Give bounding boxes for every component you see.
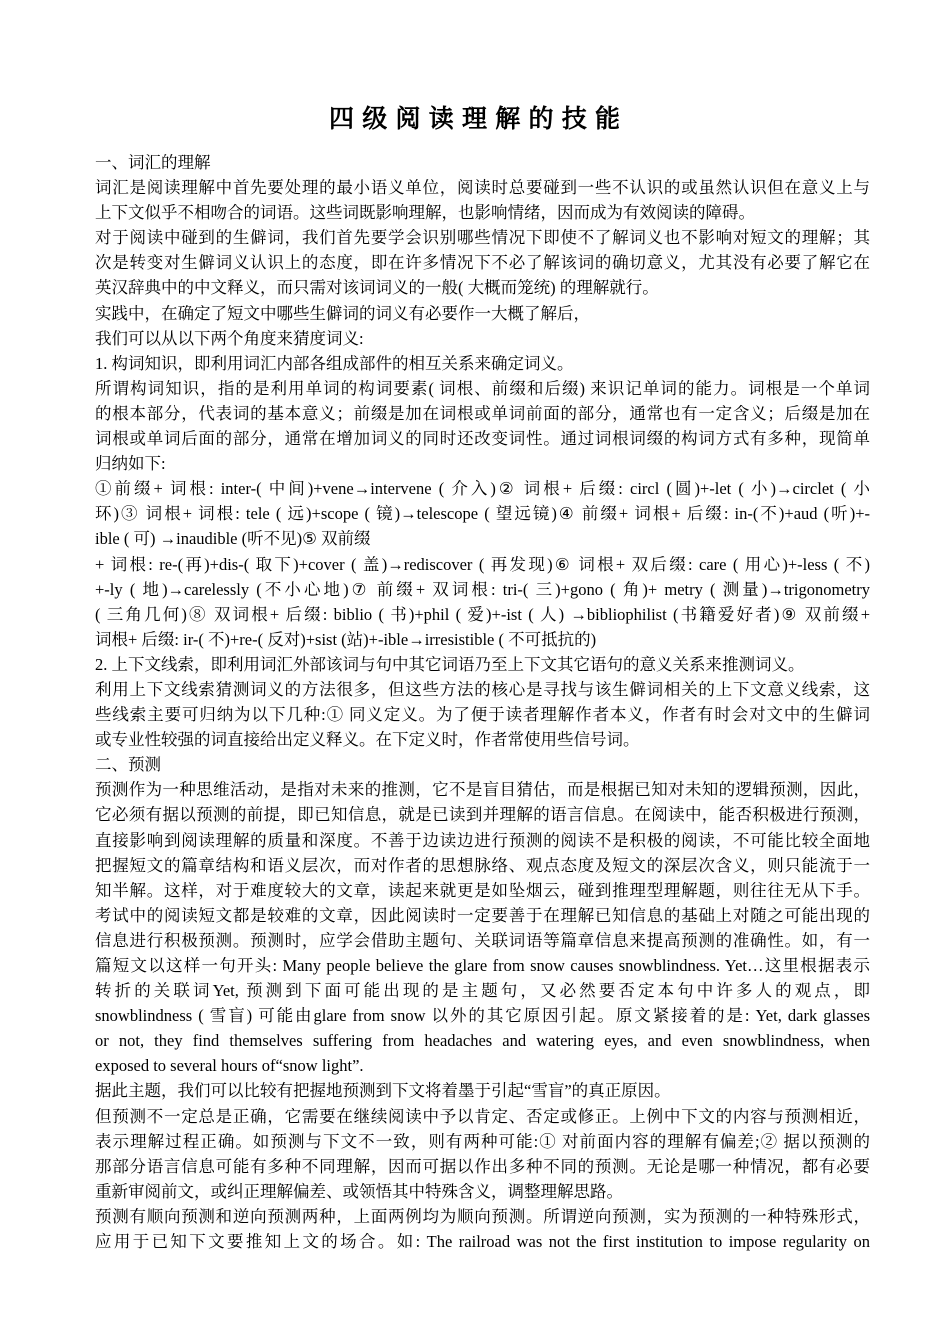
text-line: 二、预测 xyxy=(95,752,870,777)
text-line: 考试中的阅读短文都是较难的文章，因此阅读时一定要善于在理解已知信息的基础上对随之… xyxy=(95,903,870,928)
text-line: snowblindness ( 雪盲) 可能由glare from snow 以… xyxy=(95,1003,870,1028)
text-line: 所谓构词知识，指的是利用单词的构词要素( 词根、前缀和后缀) 来识记单词的能力。… xyxy=(95,376,870,401)
text-line: 词根+ 后缀: ir-( 不)+re-( 反对)+sist (站)+-ible→… xyxy=(95,627,870,652)
text-line: 上下文似乎不相吻合的词语。这些词既影响理解，也影响情绪，因而成为有效阅读的障碍。 xyxy=(95,200,870,225)
text-line: 转折的关联词Yet, 预测到下面可能出现的是主题句，又必然要否定本句中许多人的观… xyxy=(95,978,870,1003)
text-line: exposed to several hours of“snow light”. xyxy=(95,1053,870,1078)
text-line: 次是转变对生僻词义认识上的态度，即在许多情况下不必了解该词的确切意义，尤其没有必… xyxy=(95,250,870,275)
text-line: 信息进行积极预测。预测时，应学会借助主题句、关联词语等篇章信息来提高预测的准确性… xyxy=(95,928,870,953)
text-line: 实践中，在确定了短文中哪些生僻词的词义有必要作一大概了解后， xyxy=(95,301,870,326)
text-line: +-ly ( 地)→carelessly (不小心地)⑦ 前缀+ 双词根: tr… xyxy=(95,577,870,602)
document-title: 四 级 阅 读 理 解 的 技 能 xyxy=(0,103,950,137)
text-line: 归纳如下: xyxy=(95,451,870,476)
text-line: 重新审阅前文，或纠正理解偏差、或领悟其中特殊含义，调整理解思路。 xyxy=(95,1179,870,1204)
text-line: ①前缀+ 词根: inter-( 中间)+vene→intervene ( 介入… xyxy=(95,476,870,501)
text-line: 对于阅读中碰到的生僻词，我们首先要学会识别哪些情况下即使不了解词义也不影响对短文… xyxy=(95,225,870,250)
text-line: 预测有顺向预测和逆向预测两种，上面两例均为顺向预测。所谓逆向预测，实为预测的一种… xyxy=(95,1204,870,1229)
text-line: 但预测不一定总是正确，它需要在继续阅读中予以肯定、否定或修正。上例中下文的内容与… xyxy=(95,1104,870,1129)
text-line: 的根本部分，代表词的基本意义；前缀是加在词根或单词前面的部分，通常也有一定含义；… xyxy=(95,401,870,426)
text-line: 词根或单词后面的部分，通常在增加词义的同时还改变词性。通过词根词缀的构词方式有多… xyxy=(95,426,870,451)
text-line: 应用于已知下文要推知上文的场合。如: The railroad was not … xyxy=(95,1229,870,1254)
text-line: 表示理解过程正确。如预测与下文不一致，则有两种可能:① 对前面内容的理解有偏差;… xyxy=(95,1129,870,1154)
text-line: 知半解。这样，对于难度较大的文章，读起来就更是如坠烟云，碰到推理型理解题，则往往… xyxy=(95,878,870,903)
document-page: 四 级 阅 读 理 解 的 技 能 一、词汇的理解词汇是阅读理解中首先要处理的最… xyxy=(0,0,950,1344)
document-body: 一、词汇的理解词汇是阅读理解中首先要处理的最小语义单位，阅读时总要碰到一些不认识… xyxy=(95,150,870,1254)
text-line: 那部分语言信息可能有多种不同理解，因而可据以作出多种不同的预测。无论是哪一种情况… xyxy=(95,1154,870,1179)
text-line: 我们可以从以下两个角度来猜度词义: xyxy=(95,326,870,351)
text-line: 2. 上下文线索，即利用词汇外部该词与句中其它词语乃至上下文其它语句的意义关系来… xyxy=(95,652,870,677)
text-line: 把握短文的篇章结构和语义层次，而对作者的思想脉络、观点态度及短文的深层次含义，则… xyxy=(95,853,870,878)
text-line: 预测作为一种思维活动，是指对未来的推测，它不是盲目猜估，而是根据已知对未知的逻辑… xyxy=(95,777,870,802)
text-line: 利用上下文线索猜测词义的方法很多，但这些方法的核心是寻找与该生僻词相关的上下文意… xyxy=(95,677,870,702)
text-line: + 词根: re-(再)+dis-( 取下)+cover ( 盖)→redisc… xyxy=(95,552,870,577)
text-line: 或专业性较强的词直接给出定义释义。在下定义时，作者常使用些信号词。 xyxy=(95,727,870,752)
text-line: 英汉辞典中的中文释义，而只需对该词词义的一般( 大概而笼统) 的理解就行。 xyxy=(95,275,870,300)
text-line: ible ( 可) →inaudible (听不见)⑤ 双前缀 xyxy=(95,526,870,551)
text-line: 一、词汇的理解 xyxy=(95,150,870,175)
text-line: 些线索主要可归纳为以下几种:① 同义定义。为了便于读者理解作者本义，作者有时会对… xyxy=(95,702,870,727)
text-line: 词汇是阅读理解中首先要处理的最小语义单位，阅读时总要碰到一些不认识的或虽然认识但… xyxy=(95,175,870,200)
text-line: 据此主题，我们可以比较有把握地预测到下文将着墨于引起“雪盲”的真正原因。 xyxy=(95,1078,870,1103)
text-line: 它必须有据以预测的前提，即已知信息，就是已读到并理解的语言信息。在阅读中，能否积… xyxy=(95,802,870,827)
text-line: ( 三角几何)⑧ 双词根+ 后缀: biblio ( 书)+phil ( 爱)+… xyxy=(95,602,870,627)
text-line: 1. 构词知识，即利用词汇内部各组成部件的相互关系来确定词义。 xyxy=(95,351,870,376)
text-line: 环)③ 词根+ 词根: tele ( 远)+scope ( 镜)→telesco… xyxy=(95,501,870,526)
text-line: 直接影响到阅读理解的质量和深度。不善于边读边进行预测的阅读不是积极的阅读，不可能… xyxy=(95,828,870,853)
text-line: 篇短文以这样一句开头: Many people believe the glar… xyxy=(95,953,870,978)
text-line: or not, they find themselves suffering f… xyxy=(95,1028,870,1053)
